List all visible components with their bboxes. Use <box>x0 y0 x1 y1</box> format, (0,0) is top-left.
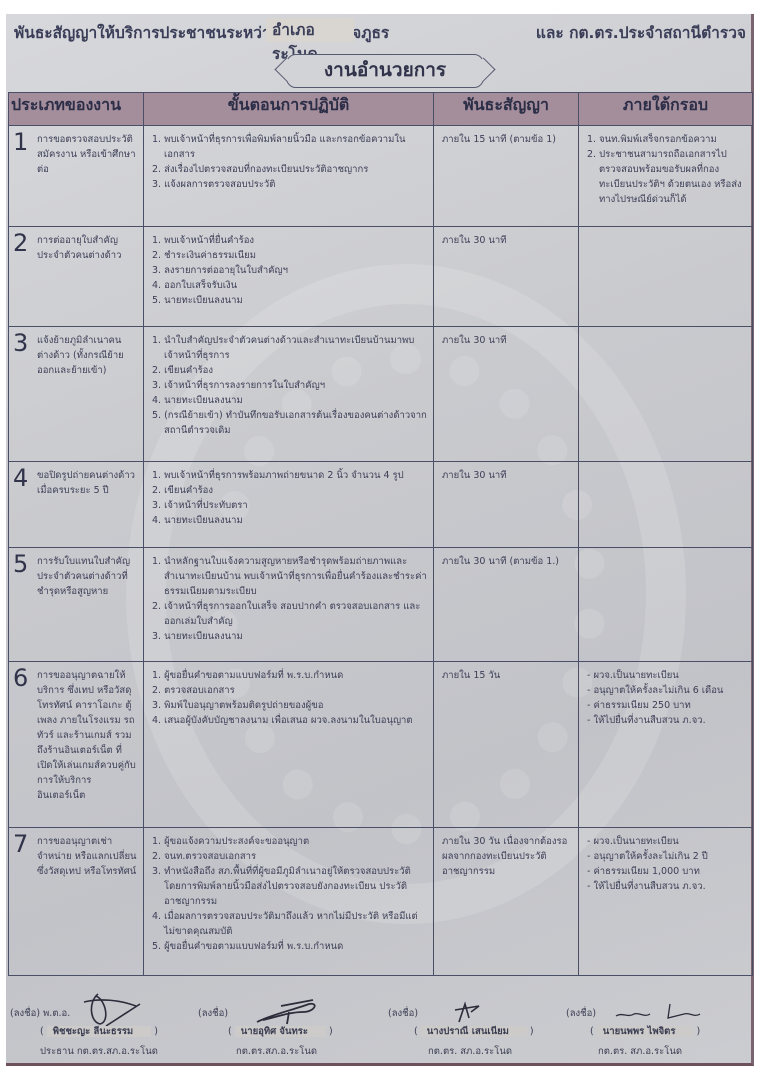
procedure-step: 3. พิมพ์ใบอนุญาตพร้อมติดรูปถ่ายของผู้ขอ <box>152 698 427 713</box>
procedure-step: 2. จนท.ตรวจสอบเอกสาร <box>152 849 427 864</box>
commitment-cell: ภายใน 30 นาที <box>434 327 579 462</box>
framework-list: - ผวจ.เป็นนายทะเบียน- อนุญาตให้ครั้งละไม… <box>587 834 746 894</box>
signatory-name-row: ( นายอุทิศ จันทระ ) <box>228 1024 333 1040</box>
procedure-steps-cell: 1. นำหลักฐานใบแจ้งความสูญหายหรือชำรุดพร้… <box>144 548 434 662</box>
service-type-text: การขออนุญาตฉายให้บริการ ซึ่งเทป หรือวัสด… <box>37 670 136 801</box>
procedure-step: 4. เสนอผู้บังคับบัญชาลงนาม เพื่อเสนอ ผวจ… <box>152 713 427 728</box>
framework-item: - อนุญาตให้ครั้งละไม่เกิน 2 ปี <box>587 849 746 864</box>
table-row: 1การขอตรวจสอบประวัติ สมัครงาน หรือเข้าศึ… <box>9 126 753 227</box>
district-label: อำเภอระโนด <box>266 18 354 42</box>
framework-cell: 1. จนท.พิมพ์เสร็จกรอกข้อความ2. ประชาชนสา… <box>579 126 753 227</box>
procedure-step: 3. แจ้งผลการตรวจสอบประวัติ <box>152 177 427 192</box>
procedure-steps-cell: 1. ผู้ขอแจ้งความประสงค์จะขออนุญาต2. จนท.… <box>144 828 434 976</box>
service-type-cell: 1การขอตรวจสอบประวัติ สมัครงาน หรือเข้าศึ… <box>9 126 144 227</box>
procedure-step: 2. เจ้าหน้าที่ธุรการออกใบเสร็จ สอบปากคำ … <box>152 599 427 629</box>
framework-cell <box>579 462 753 548</box>
signatory-role: ประธาน กต.ตร.สภ.อ.ระโนด <box>40 1044 158 1060</box>
framework-item: - ค่าธรรมเนียม 250 บาท <box>587 698 746 713</box>
signatory-name: นายอุทิศ จันทระ <box>235 1026 326 1037</box>
service-type-text: การรับใบแทนใบสำคัญประจำตัวคนต่างด้าวที่ช… <box>37 556 130 597</box>
service-table: ประเภทของงาน ขั้นตอนการปฏิบัติ พันธะสัญญ… <box>8 92 753 976</box>
procedure-steps-cell: 1. พบเจ้าหน้าที่ยื่นคำร้อง2. ชำระเงินค่า… <box>144 227 434 327</box>
table-row: 4ขอปิดรูปถ่ายคนต่างด้าว เมื่อครบระยะ 5 ป… <box>9 462 753 548</box>
procedure-steps-list: 1. พบเจ้าหน้าที่ธุรการเพื่อพิมพ์ลายนิ้วม… <box>152 132 427 192</box>
table-row: 5การรับใบแทนใบสำคัญประจำตัวคนต่างด้าวที่… <box>9 548 753 662</box>
procedure-steps-cell: 1. ผู้ขอยื่นคำขอตามแบบฟอร์มที่ พ.ร.บ.กำห… <box>144 662 434 828</box>
commitment-cell: ภายใน 30 นาที <box>434 462 579 548</box>
table-row: 7การขออนุญาตเช่า จำหน่าย หรือแลกเปลี่ยน … <box>9 828 753 976</box>
service-type-cell: 6การขออนุญาตฉายให้บริการ ซึ่งเทป หรือวัส… <box>9 662 144 828</box>
procedure-step: 4. นายทะเบียนลงนาม <box>152 513 427 528</box>
signatory-name: นางปราณี เสนเนียม <box>421 1026 527 1037</box>
signature-label: (ลงชื่อ) <box>566 1006 596 1022</box>
procedure-steps-cell: 1. พบเจ้าหน้าที่ธุรการเพื่อพิมพ์ลายนิ้วม… <box>144 126 434 227</box>
procedure-step: 3. นายทะเบียนลงนาม <box>152 629 427 644</box>
procedure-step: 1. นำหลักฐานใบแจ้งความสูญหายหรือชำรุดพร้… <box>152 554 427 599</box>
signatory-name-row: ( นางปราณี เสนเนียม ) <box>414 1024 534 1040</box>
service-type-cell: 2การต่ออายุใบสำคัญประจำตัวคนต่างด้าว <box>9 227 144 327</box>
procedure-step: 5. ผู้ขอยื่นคำขอตามแบบฟอร์มที่ พ.ร.บ.กำห… <box>152 939 427 954</box>
service-type-text: การต่ออายุใบสำคัญประจำตัวคนต่างด้าว <box>37 235 121 261</box>
header-text-part2: และ กต.ตร.ประจำสถานีตำรวจ <box>536 20 746 45</box>
procedure-step: 4. ออกใบเสร็จรับเงิน <box>152 278 427 293</box>
table-header-row: ประเภทของงาน ขั้นตอนการปฏิบัติ พันธะสัญญ… <box>9 93 753 126</box>
section-title: งานอำนวยการ <box>286 54 484 88</box>
procedure-step: 2. เขียนคำร้อง <box>152 363 427 378</box>
column-header-steps: ขั้นตอนการปฏิบัติ <box>144 93 434 126</box>
commitment-text: ภายใน 30 วัน เนื่องจากต้องรอผลจากกองทะเบ… <box>442 836 567 877</box>
procedure-steps-list: 1. พบเจ้าหน้าที่ยื่นคำร้อง2. ชำระเงินค่า… <box>152 233 427 308</box>
signature-label: (ลงชื่อ) <box>198 1006 228 1022</box>
procedure-step: 1. ผู้ขอยื่นคำขอตามแบบฟอร์มที่ พ.ร.บ.กำห… <box>152 668 427 683</box>
procedure-step: 1. พบเจ้าหน้าที่ธุรการเพื่อพิมพ์ลายนิ้วม… <box>152 132 427 162</box>
procedure-step: 3. เจ้าหน้าที่ประทับตรา <box>152 498 427 513</box>
procedure-steps-cell: 1. พบเจ้าหน้าที่ธุรการพร้อมภาพถ่ายขนาด 2… <box>144 462 434 548</box>
framework-list: 1. จนท.พิมพ์เสร็จกรอกข้อความ2. ประชาชนสา… <box>587 132 746 207</box>
procedure-steps-list: 1. ผู้ขอยื่นคำขอตามแบบฟอร์มที่ พ.ร.บ.กำห… <box>152 668 427 728</box>
signature-scribble-icon <box>80 992 150 1028</box>
table-row: 6การขออนุญาตฉายให้บริการ ซึ่งเทป หรือวัส… <box>9 662 753 828</box>
column-header-framework: ภายใต้กรอบ <box>579 93 753 126</box>
signatory-name: นายนพพร ไพจิตร <box>597 1026 694 1037</box>
commitment-text: ภายใน 30 นาที <box>442 235 507 246</box>
procedure-step: 1. พบเจ้าหน้าที่ยื่นคำร้อง <box>152 233 427 248</box>
table-row: 3แจ้งย้ายภูมิลำเนาคนต่างด้าว (ทั้งกรณีย้… <box>9 327 753 462</box>
signature-scribble-icon <box>614 1000 704 1022</box>
framework-item: - ผวจ.เป็นนายทะเบียน <box>587 834 746 849</box>
procedure-steps-list: 1. นำหลักฐานใบแจ้งความสูญหายหรือชำรุดพร้… <box>152 554 427 644</box>
procedure-step: 5. (กรณีย้ายเข้า) ทำบันทึกขอรับเอกสารต้น… <box>152 408 427 438</box>
framework-item: - ให้ไปยื่นที่งานสืบสวน ภ.จว. <box>587 713 746 728</box>
procedure-steps-cell: 1. นำใบสำคัญประจำตัวคนต่างด้าวและสำเนาทะ… <box>144 327 434 462</box>
service-number: 7 <box>13 830 28 858</box>
commitment-text: ภายใน 15 นาที (ตามข้อ 1) <box>442 134 556 145</box>
procedure-step: 1. ผู้ขอแจ้งความประสงค์จะขออนุญาต <box>152 834 427 849</box>
signature-scribble-icon <box>253 996 323 1026</box>
framework-list: - ผวจ.เป็นนายทะเบียน- อนุญาตให้ครั้งละไม… <box>587 668 746 728</box>
framework-cell: - ผวจ.เป็นนายทะเบียน- อนุญาตให้ครั้งละไม… <box>579 662 753 828</box>
procedure-step: 1. พบเจ้าหน้าที่ธุรการพร้อมภาพถ่ายขนาด 2… <box>152 468 427 483</box>
framework-cell <box>579 327 753 462</box>
service-type-text: ขอปิดรูปถ่ายคนต่างด้าว เมื่อครบระยะ 5 ปี <box>37 470 135 496</box>
commitment-cell: ภายใน 30 นาที <box>434 227 579 327</box>
framework-item: - ให้ไปยื่นที่งานสืบสวน ภ.จว. <box>587 879 746 894</box>
framework-cell <box>579 548 753 662</box>
commitment-cell: ภายใน 30 นาที (ตามข้อ 1.) <box>434 548 579 662</box>
procedure-step: 3. ทำหนังสือถึง สภ.พื้นที่ที่ผู้ขอมีภูมิ… <box>152 864 427 909</box>
commitment-cell: ภายใน 15 วัน <box>434 662 579 828</box>
framework-cell <box>579 227 753 327</box>
procedure-steps-list: 1. ผู้ขอแจ้งความประสงค์จะขออนุญาต2. จนท.… <box>152 834 427 954</box>
service-type-text: การขออนุญาตเช่า จำหน่าย หรือแลกเปลี่ยน ซ… <box>37 836 137 877</box>
service-type-cell: 4ขอปิดรูปถ่ายคนต่างด้าว เมื่อครบระยะ 5 ป… <box>9 462 144 548</box>
procedure-step: 4. เมื่อผลการตรวจสอบประวัติมาถึงแล้ว หาก… <box>152 909 427 939</box>
signatory-name: พิชชะญะ ลีนะธรรม <box>47 1026 151 1037</box>
procedure-step: 2. ตรวจสอบเอกสาร <box>152 683 427 698</box>
agreement-header: พันธะสัญญาให้บริการประชาชนระหว่างสถานีตำ… <box>8 18 752 44</box>
procedure-steps-list: 1. พบเจ้าหน้าที่ธุรการพร้อมภาพถ่ายขนาด 2… <box>152 468 427 528</box>
procedure-step: 1. นำใบสำคัญประจำตัวคนต่างด้าวและสำเนาทะ… <box>152 333 427 363</box>
service-type-cell: 3แจ้งย้ายภูมิลำเนาคนต่างด้าว (ทั้งกรณีย้… <box>9 327 144 462</box>
commitment-text: ภายใน 30 นาที (ตามข้อ 1.) <box>442 556 559 567</box>
service-type-text: การขอตรวจสอบประวัติ สมัครงาน หรือเข้าศึก… <box>37 134 136 175</box>
column-header-type: ประเภทของงาน <box>9 93 144 126</box>
signature-label: (ลงชื่อ) <box>388 1006 418 1022</box>
commitment-cell: ภายใน 30 วัน เนื่องจากต้องรอผลจากกองทะเบ… <box>434 828 579 976</box>
commitment-text: ภายใน 30 นาที <box>442 335 507 346</box>
commitment-text: ภายใน 30 นาที <box>442 470 507 481</box>
service-number: 3 <box>13 329 28 357</box>
framework-item: 1. จนท.พิมพ์เสร็จกรอกข้อความ <box>587 132 746 147</box>
service-number: 2 <box>13 229 28 257</box>
signatory-name-row: ( นายนพพร ไพจิตร ) <box>590 1024 700 1040</box>
procedure-step: 3. ลงรายการต่ออายุในใบสำคัญฯ <box>152 263 427 278</box>
framework-item: - อนุญาตให้ครั้งละไม่เกิน 6 เดือน <box>587 683 746 698</box>
signatory-role: กต.ตร.สภ.อ.ระโนด <box>236 1044 317 1060</box>
signatory-role: กต.ตร. สภ.อ.ระโนด <box>598 1044 682 1060</box>
commitment-cell: ภายใน 15 นาที (ตามข้อ 1) <box>434 126 579 227</box>
procedure-step: 5. นายทะเบียนลงนาม <box>152 293 427 308</box>
procedure-step: 3. เจ้าหน้าที่ธุรการลงรายการในใบสำคัญฯ <box>152 378 427 393</box>
service-number: 5 <box>13 550 28 578</box>
framework-cell: - ผวจ.เป็นนายทะเบียน- อนุญาตให้ครั้งละไม… <box>579 828 753 976</box>
procedure-step: 2. เขียนคำร้อง <box>152 483 427 498</box>
service-type-cell: 7การขออนุญาตเช่า จำหน่าย หรือแลกเปลี่ยน … <box>9 828 144 976</box>
signature-label: (ลงชื่อ) พ.ต.อ. <box>10 1006 70 1022</box>
procedure-steps-list: 1. นำใบสำคัญประจำตัวคนต่างด้าวและสำเนาทะ… <box>152 333 427 438</box>
commitment-text: ภายใน 15 วัน <box>442 670 500 681</box>
column-header-commitment: พันธะสัญญา <box>434 93 579 126</box>
procedure-step: 2. ชำระเงินค่าธรรมเนียม <box>152 248 427 263</box>
procedure-step: 2. ส่งเรื่องไปตรวจสอบที่กองทะเบียนประวัต… <box>152 162 427 177</box>
service-number: 1 <box>13 128 28 156</box>
signature-scribble-icon <box>453 1000 483 1024</box>
service-type-text: แจ้งย้ายภูมิลำเนาคนต่างด้าว (ทั้งกรณีย้า… <box>37 335 124 376</box>
procedure-step: 4. นายทะเบียนลงนาม <box>152 393 427 408</box>
service-number: 4 <box>13 464 28 492</box>
section-title-text: งานอำนวยการ <box>324 59 446 81</box>
signatory-name-row: ( พิชชะญะ ลีนะธรรม ) <box>40 1024 158 1040</box>
service-number: 6 <box>13 664 28 692</box>
framework-item: 2. ประชาชนสามารถถือเอกสารไปตรวจสอบพร้อมข… <box>587 147 746 207</box>
service-type-cell: 5การรับใบแทนใบสำคัญประจำตัวคนต่างด้าวที่… <box>9 548 144 662</box>
table-row: 2การต่ออายุใบสำคัญประจำตัวคนต่างด้าว1. พ… <box>9 227 753 327</box>
signatory-role: กต.ตร. สภ.อ.ระโนด <box>428 1044 512 1060</box>
framework-item: - ผวจ.เป็นนายทะเบียน <box>587 668 746 683</box>
framework-item: - ค่าธรรมเนียม 1,000 บาท <box>587 864 746 879</box>
